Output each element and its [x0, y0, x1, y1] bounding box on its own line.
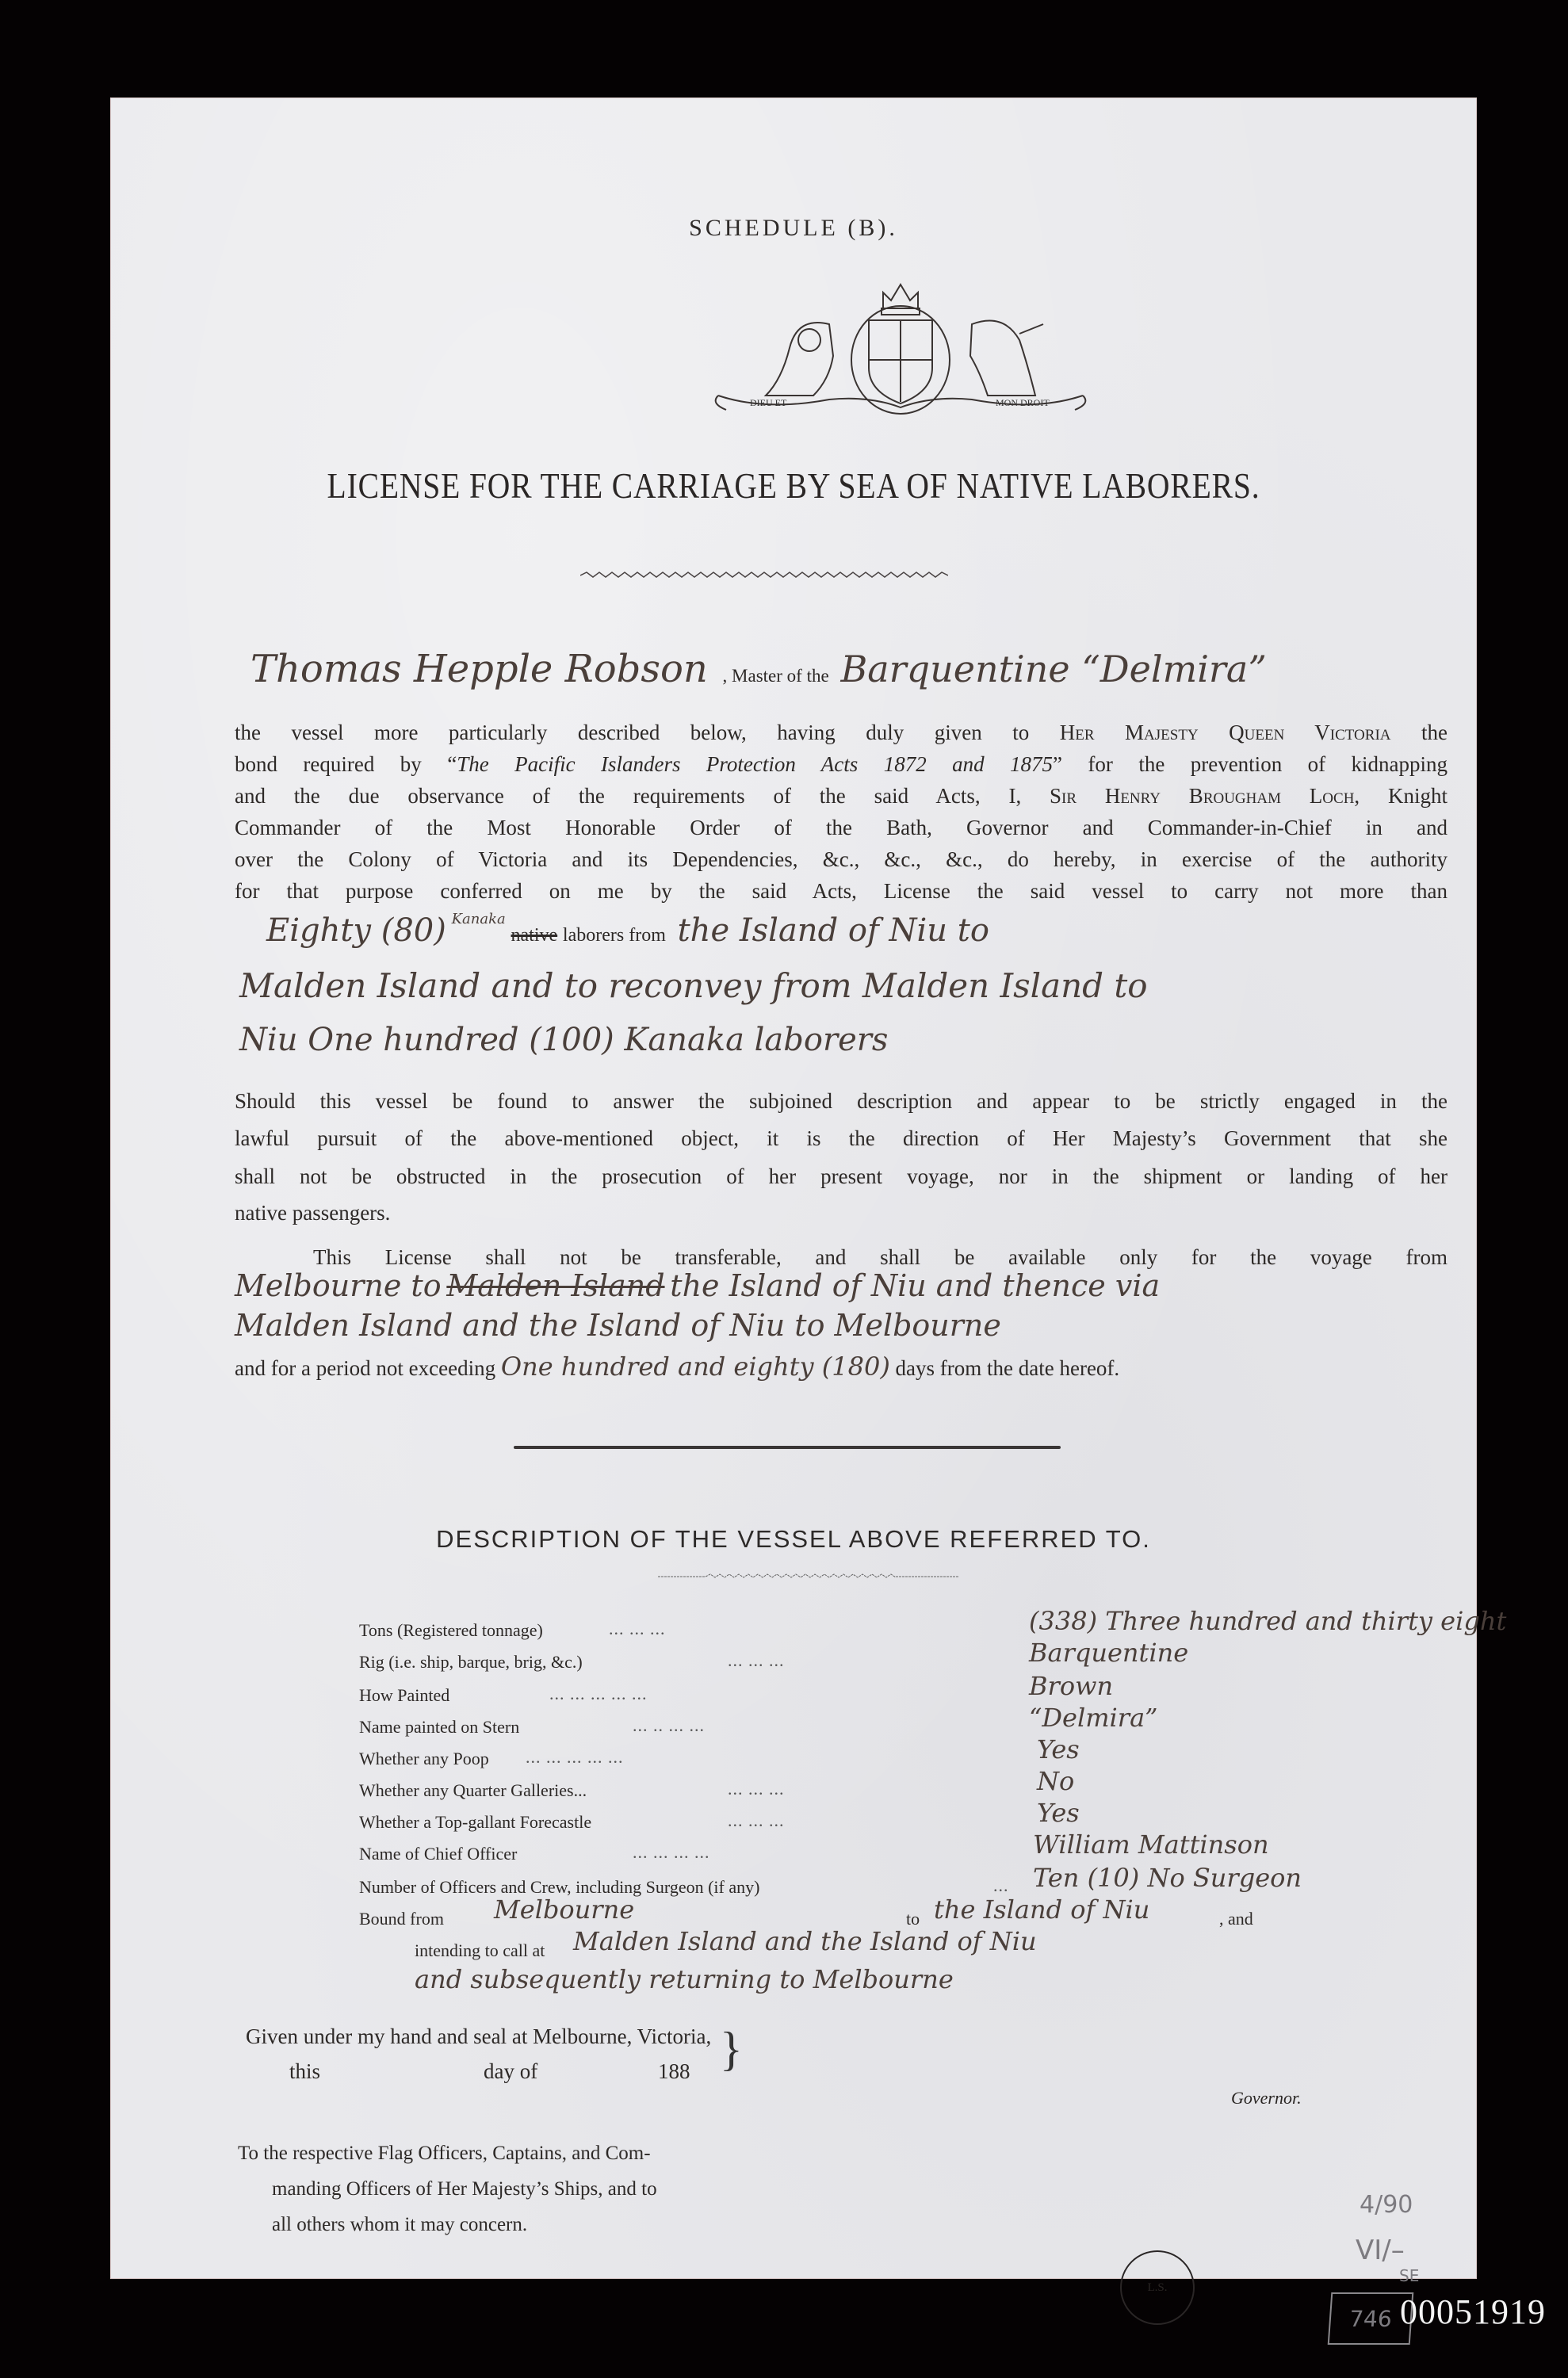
row-value-handwritten: Barquentine: [1029, 1638, 1188, 1668]
text-line: the vessel more particularly described b…: [235, 717, 1448, 748]
governor-signature-label: Governor.: [1231, 2088, 1302, 2108]
inserted-word-handwritten: Kanaka: [452, 911, 506, 927]
struck-word: native: [511, 925, 558, 946]
master-name-handwritten: Thomas Hepple Robson: [250, 647, 708, 691]
call-at-handwritten: Malden Island and the Island of Niu: [573, 1926, 1037, 1956]
schedule-label: SCHEDULE (B).: [111, 215, 1476, 242]
wavy-divider: [658, 1573, 959, 1579]
bound-to-handwritten: the Island of Niu: [934, 1894, 1149, 1925]
vessel-name-handwritten: Barquentine “Delmira”: [840, 648, 1266, 690]
handwritten-line: Niu One hundred (100) Kanaka laborers: [235, 1024, 1448, 1059]
route-handwritten: the Island of Niu to: [678, 912, 989, 949]
royal-coat-of-arms-icon: DIEU ET MON DROIT: [671, 277, 1130, 415]
row-label: Whether a Top-gallant Forecastle: [359, 1812, 591, 1833]
row-label: Name of Chief Officer: [359, 1844, 517, 1864]
row-label: Name painted on Stern: [359, 1717, 519, 1738]
section-divider: [514, 1446, 1061, 1449]
locus-sigilli-seal: L.S.: [1120, 2250, 1195, 2325]
row-label: How Painted: [359, 1685, 449, 1706]
pencil-note: VI/–: [1356, 2235, 1405, 2266]
struck-destination: Malden Island: [446, 1268, 664, 1303]
row-value-handwritten: “Delmira”: [1029, 1703, 1158, 1733]
row-value-handwritten: Ten (10) No Surgeon: [1033, 1863, 1302, 1893]
pencil-note: 4/90: [1360, 2191, 1413, 2219]
period-line: and for a period not exceeding One hundr…: [235, 1351, 1448, 1384]
row-label: Whether any Poop: [359, 1749, 489, 1769]
description-title: DESCRIPTION OF THE VESSEL ABOVE REFERRED…: [111, 1525, 1476, 1554]
svg-text:DIEU ET: DIEU ET: [750, 397, 787, 408]
address-to-officers: To the respective Flag Officers, Captain…: [238, 2135, 657, 2242]
brace: }: [720, 2025, 743, 2073]
svg-text:MON DROIT: MON DROIT: [996, 397, 1050, 408]
bound-from-handwritten: Melbourne: [494, 1894, 634, 1925]
period-handwritten: One hundred and eighty (180): [501, 1351, 890, 1382]
call-at-continuation: and subsequently returning to Melbourne: [359, 1969, 1310, 2001]
master-of-the-label: , Master of the: [723, 666, 829, 686]
laborers-line: Eighty (80) Kanaka native laborers from …: [235, 915, 1448, 953]
row-label: Tons (Registered tonnage): [359, 1620, 543, 1641]
handwritten-line: Malden Island and to reconvey from Malde…: [235, 970, 1448, 1006]
text-line: lawful pursuit of the above-mentioned ob…: [235, 1122, 1448, 1154]
governor-name: Sir Henry Brougham Loch: [1050, 784, 1354, 808]
handwritten-line: Melbourne to Malden Island the Island of…: [235, 1270, 1448, 1305]
catalog-number: 00051919: [1400, 2292, 1546, 2332]
document-title: LICENSE FOR THE CARRIAGE BY SEA OF NATIV…: [207, 465, 1381, 507]
row-value-handwritten: Yes: [1037, 1734, 1080, 1764]
text-line: bond required by “The Pacific Islanders …: [235, 748, 1448, 780]
text-line: Should this vessel be found to answer th…: [235, 1085, 1448, 1117]
text-line: shall not be obstructed in the prosecuti…: [235, 1160, 1448, 1192]
call-at-row: intending to call at Malden Island and t…: [359, 1931, 1310, 1963]
acts-title: The Pacific Islanders Protection Acts 18…: [457, 752, 1053, 776]
row-label: Whether any Quarter Galleries...: [359, 1780, 587, 1801]
year-field: 188: [658, 2055, 690, 2087]
pencil-note: SE: [1399, 2266, 1419, 2285]
given-under-hand: Given under my hand and seal at Melbourn…: [246, 2021, 711, 2090]
text-line: Commander of the Most Honorable Order of…: [235, 812, 1448, 843]
license-document-page: SCHEDULE (B). DIEU ET MON DROIT LICENSE: [111, 98, 1476, 2278]
laborer-count-handwritten: Eighty (80): [266, 912, 446, 949]
wavy-divider: [580, 571, 948, 580]
master-line: Thomas Hepple Robson , Master of the Bar…: [235, 653, 1448, 692]
handwritten-line: Malden Island and the Island of Niu to M…: [235, 1309, 1448, 1344]
row-value-handwritten: Brown: [1029, 1671, 1113, 1701]
text-line: native passengers.: [235, 1197, 1448, 1229]
row-value-handwritten: Yes: [1037, 1798, 1080, 1828]
row-value-handwritten: William Mattinson: [1033, 1829, 1269, 1860]
text-line: and the due observance of the requiremen…: [235, 780, 1448, 812]
text-line: over the Colony of Victoria and its Depe…: [235, 843, 1448, 875]
row-value-handwritten: No: [1037, 1766, 1074, 1796]
row-value-handwritten: (338) Three hundred and thirty eight: [1029, 1606, 1506, 1636]
row-label: Rig (i.e. ship, barque, brig, &c.): [359, 1652, 583, 1673]
text-line: for that purpose conferred on me by the …: [235, 875, 1448, 907]
